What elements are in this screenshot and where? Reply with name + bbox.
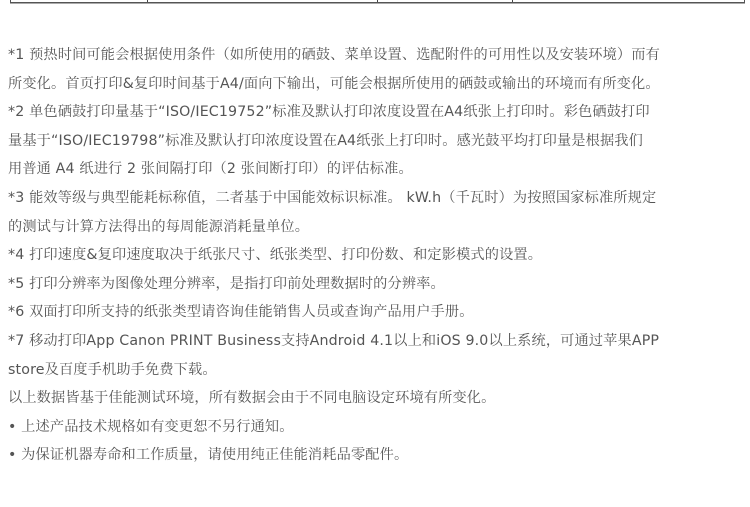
footnote-5: *5 打印分辨率为图像处理分辨率，是指打印前处理数据时的分辨率。	[8, 270, 748, 299]
table-column-divider	[377, 0, 378, 2]
footnote-2-line-2: 量基于“ISO/IEC19798”标准及默认打印浓度设置在A4纸张上打印时。感光…	[8, 127, 748, 156]
footnotes-section: *1 预热时间可能会根据使用条件（如所使用的硒鼓、菜单设置、选配附件的可用性以及…	[8, 41, 748, 470]
footnote-6: *6 双面打印所支持的纸张类型请咨询佳能销售人员或查询产品用户手册。	[8, 298, 748, 327]
footnote-7-line-1: *7 移动打印App Canon PRINT Business支持Android…	[8, 327, 748, 356]
footnote-3-line-2: 的测试与计算方法得出的每周能源消耗量单位。	[8, 213, 748, 242]
footnote-1-line-2: 所变化。首页打印&复印时间基于A4/面向下输出，可能会根据所使用的硒鼓或输出的环…	[8, 70, 748, 99]
disclaimer-note: 以上数据皆基于佳能测试环境，所有数据会由于不同电脑设定环境有所变化。	[8, 384, 748, 413]
bullet-spec-change-notice: • 上述产品技术规格如有变更恕不另行通知。	[8, 413, 748, 442]
table-column-divider	[147, 0, 148, 2]
footnote-7-line-2: store及百度手机助手免费下载。	[8, 356, 748, 385]
footnote-1-line-1: *1 预热时间可能会根据使用条件（如所使用的硒鼓、菜单设置、选配附件的可用性以及…	[8, 41, 748, 70]
footnote-2-line-3: 用普通 A4 纸进行 2 张间隔打印（2 张间断打印）的评估标准。	[8, 155, 748, 184]
spec-table-bottom-edge	[10, 0, 745, 3]
footnote-4: *4 打印速度&复印速度取决于纸张尺寸、纸张类型、打印份数、和定影模式的设置。	[8, 241, 748, 270]
footnote-2-line-1: *2 单色硒鼓打印量基于“ISO/IEC19752”标准及默认打印浓度设置在A4…	[8, 98, 748, 127]
footnote-3-line-1: *3 能效等级与典型能耗标称值，二者基于中国能效标识标准。 kW.h（千瓦时）为…	[8, 184, 748, 213]
bullet-genuine-parts-notice: • 为保证机器寿命和工作质量，请使用纯正佳能消耗品零配件。	[8, 441, 748, 470]
table-column-divider	[512, 0, 513, 2]
